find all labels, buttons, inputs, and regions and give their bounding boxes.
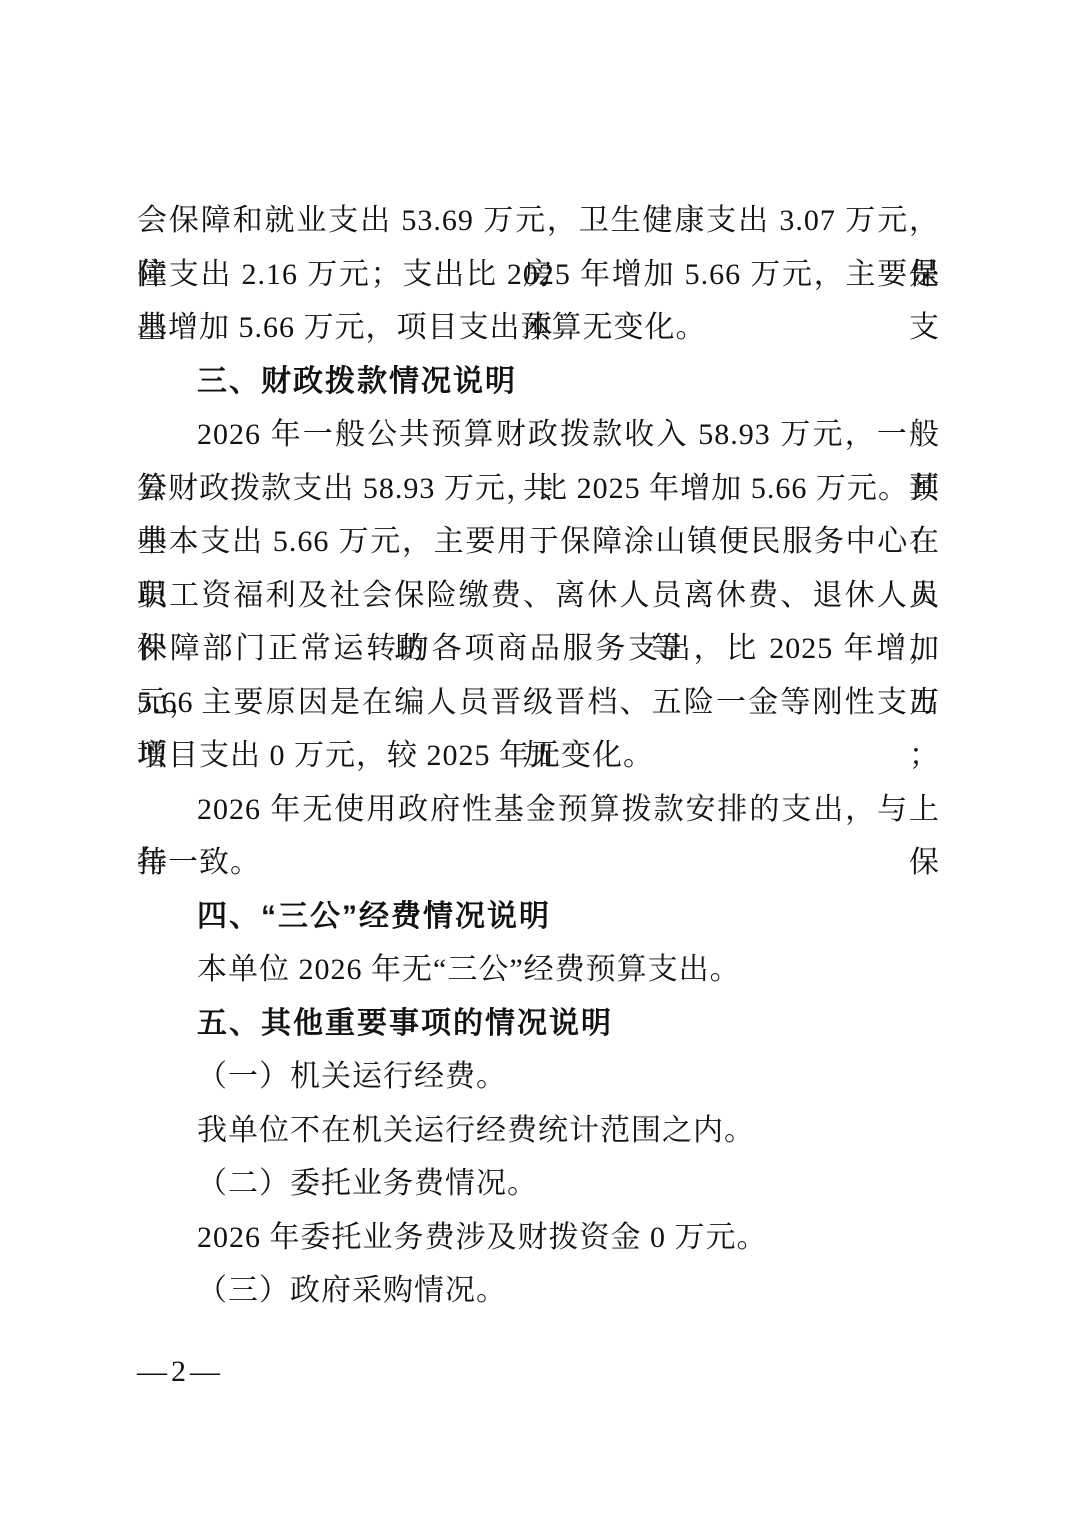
page-number: —2—	[137, 1345, 224, 1399]
text-line: （三）政府采购情况。	[137, 1264, 940, 1318]
section-heading: 三、财政拨款情况说明	[137, 355, 940, 409]
text-line: 算财政拨款支出 58.93 万元，比 2025 年增加 5.66 万元。其中：	[137, 462, 940, 516]
text-line: 障支出 2.16 万元；支出比 2025 年增加 5.66 万元，主要是基本支	[137, 248, 940, 302]
text-line: 保障部门正常运转的各项商品服务支出，比 2025 年增加 5.66 万	[137, 622, 940, 676]
section-heading: 五、其他重要事项的情况说明	[137, 997, 940, 1051]
section-heading: 四、“三公”经费情况说明	[137, 890, 940, 944]
text-line: 2026 年无使用政府性基金预算拨款安排的支出，与上年保	[137, 783, 940, 837]
text-line: 元，主要原因是在编人员晋级晋档、五险一金等刚性支出增加；	[137, 676, 940, 730]
text-line: 2026 年一般公共预算财政拨款收入 58.93 万元，一般公共预	[137, 408, 940, 462]
text-line: 我单位不在机关运行经费统计范围之内。	[137, 1104, 940, 1158]
text-line: （二）委托业务费情况。	[137, 1157, 940, 1211]
text-line: 2026 年委托业务费涉及财拨资金 0 万元。	[137, 1211, 940, 1265]
document-page: 会保障和就业支出 53.69 万元，卫生健康支出 3.07 万元，住房保障支出 …	[0, 0, 1074, 1520]
text-line: 员工资福利及社会保险缴费、离休人员离休费、退休人员补助等，	[137, 569, 940, 623]
text-line: 基本支出 5.66 万元，主要用于保障涂山镇便民服务中心在职人	[137, 515, 940, 569]
text-line: 会保障和就业支出 53.69 万元，卫生健康支出 3.07 万元，住房保	[137, 194, 940, 248]
text-line: （一）机关运行经费。	[137, 1050, 940, 1104]
text-column: 会保障和就业支出 53.69 万元，卫生健康支出 3.07 万元，住房保障支出 …	[137, 194, 940, 1318]
text-line: 本单位 2026 年无“三公”经费预算支出。	[137, 943, 940, 997]
